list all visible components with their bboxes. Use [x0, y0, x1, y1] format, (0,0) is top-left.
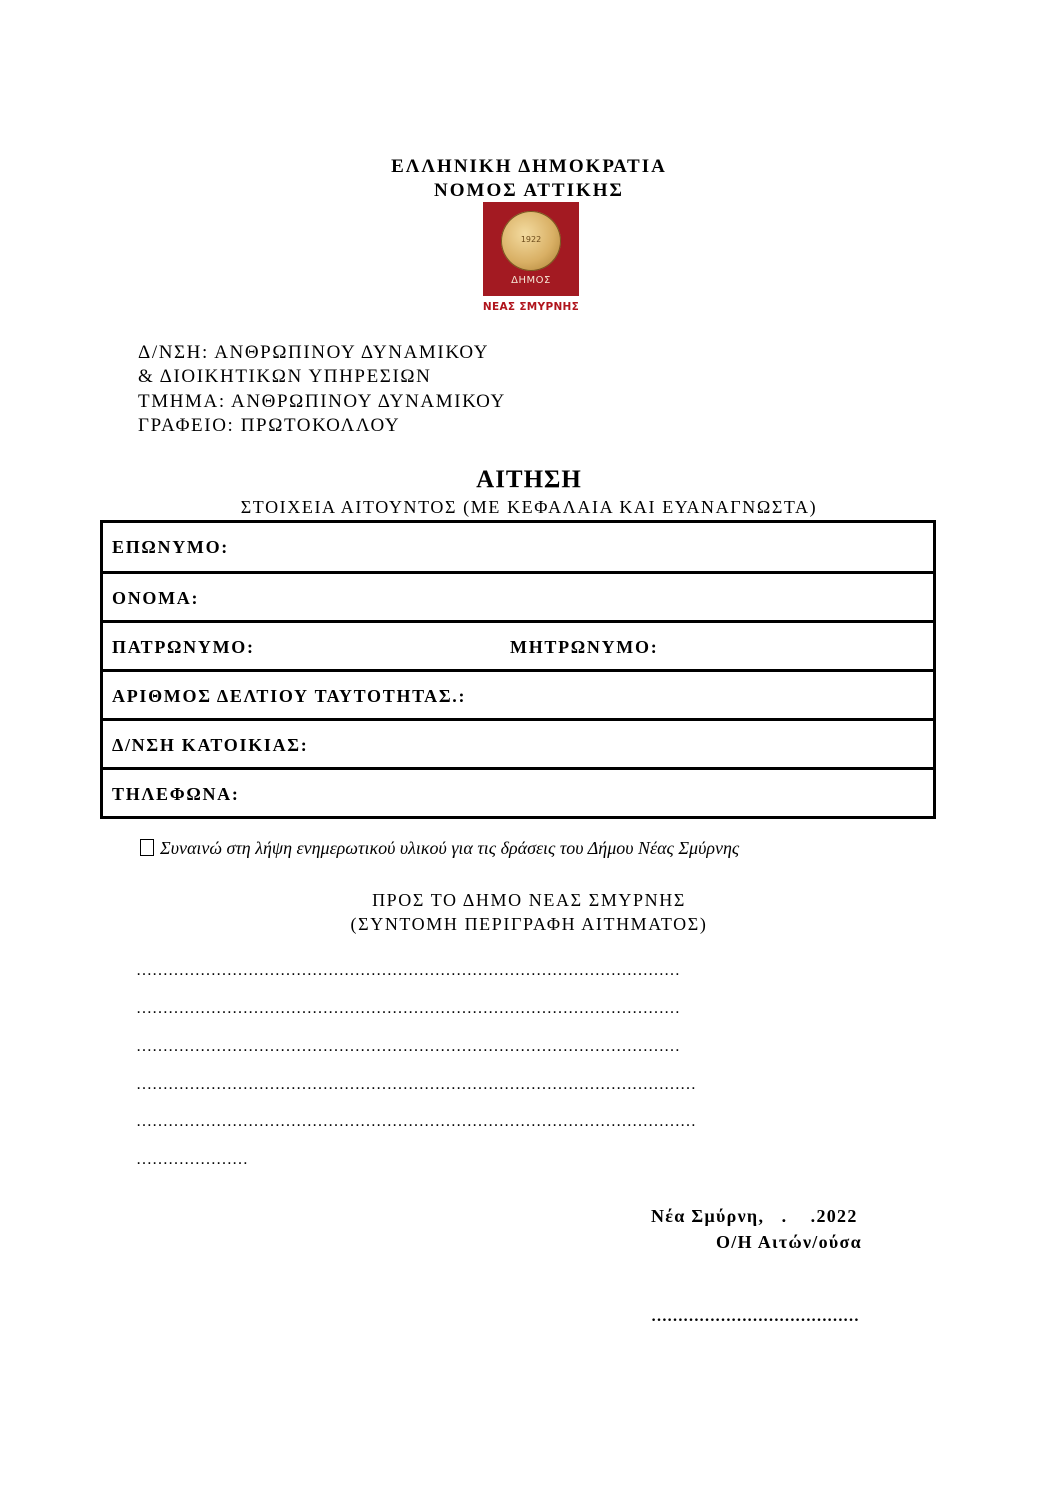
applicant-label: Ο/Η Αιτών/ούσα: [716, 1232, 862, 1253]
applicant-details-table: ΕΠΩΝΥΜΟ: ΟΝΟΜΑ: ΠΑΤΡΩΝΥΜΟ: ΜΗΤΡΩΝΥΜΟ: ΑΡ…: [100, 520, 936, 819]
description-heading: (ΣΥΝΤΟΜΗ ΠΕΡΙΓΡΑΦΗ ΑΙΤΗΜΑΤΟΣ): [0, 912, 1058, 936]
consent-checkbox[interactable]: [140, 839, 154, 856]
phones-label: ΤΗΛΕΦΩΝΑ:: [112, 784, 240, 805]
description-line-2[interactable]: …………………………………………………………………………………………: [136, 1000, 971, 1018]
surname-field[interactable]: ΕΠΩΝΥΜΟ:: [103, 523, 933, 571]
municipality-logo: 1922 ΔΗΜΟΣ: [483, 202, 579, 296]
recipient-line: ΠΡΟΣ ΤΟ ΔΗΜΟ ΝΕΑΣ ΣΜΥΡΝΗΣ: [0, 888, 1058, 912]
surname-label: ΕΠΩΝΥΜΟ:: [112, 537, 229, 558]
department-value: ΑΝΘΡΩΠΙΝΟΥ ΔΥΝΑΜΙΚΟΥ: [214, 342, 489, 363]
address-field[interactable]: Δ/ΝΣΗ ΚΑΤΟΙΚΙΑΣ:: [103, 718, 933, 767]
father-name-label: ΠΑΤΡΩΝΥΜΟ:: [112, 637, 255, 658]
department-label: Δ/ΝΣΗ:: [138, 342, 214, 363]
logo-municipality-name: ΝΕΑΣ ΣΜΥΡΝΗΣ: [478, 301, 584, 313]
id-number-label: ΑΡΙΘΜΟΣ ΔΕΛΤΙΟΥ ΤΑΥΤΟΤΗΤΑΣ.:: [112, 686, 466, 707]
place-date: Νέα Σμύρνη, . .2022: [651, 1206, 858, 1227]
form-title: ΑΙΤΗΣΗ: [0, 466, 1058, 494]
name-field[interactable]: ΟΝΟΜΑ:: [103, 571, 933, 620]
consent-text: Συναινώ στη λήψη ενημερωτικού υλικού για…: [160, 838, 739, 858]
signature-line[interactable]: …………………………………: [651, 1308, 966, 1326]
description-line-6[interactable]: …………………: [136, 1151, 281, 1169]
description-line-5[interactable]: ……………………………………………………………………………………………: [136, 1113, 979, 1131]
mother-name-label: ΜΗΤΡΩΝΥΜΟ:: [510, 637, 658, 658]
description-line-3[interactable]: …………………………………………………………………………………………: [136, 1038, 971, 1056]
prefecture-header: ΝΟΜΟΣ ΑΤΤΙΚΗΣ: [0, 180, 1058, 202]
department-line-1: Δ/ΝΣΗ: ΑΝΘΡΩΠΙΝΟΥ ΔΥΝΑΜΙΚΟΥ: [138, 341, 489, 366]
logo-dimos-text: ΔΗΜΟΣ: [483, 275, 579, 286]
id-number-field[interactable]: ΑΡΙΘΜΟΣ ΔΕΛΤΙΟΥ ΤΑΥΤΟΤΗΤΑΣ.:: [103, 669, 933, 718]
department-line-2: & ΔΙΟΙΚΗΤΙΚΩΝ ΥΠΗΡΕΣΙΩΝ: [138, 365, 431, 390]
parents-names-row[interactable]: ΠΑΤΡΩΝΥΜΟ: ΜΗΤΡΩΝΥΜΟ:: [103, 620, 933, 669]
description-line-1[interactable]: …………………………………………………………………………………………: [136, 962, 971, 980]
address-label: Δ/ΝΣΗ ΚΑΤΟΙΚΙΑΣ:: [112, 735, 308, 756]
medal-emblem-icon: 1922: [501, 211, 561, 271]
form-subtitle: ΣΤΟΙΧΕΙΑ ΑΙΤΟΥΝΤΟΣ (ΜΕ ΚΕΦΑΛΑΙΑ ΚΑΙ ΕΥΑΝ…: [0, 497, 1058, 518]
phones-field[interactable]: ΤΗΛΕΦΩΝΑ:: [103, 767, 933, 816]
section-line: ΤΜΗΜΑ: ΑΝΘΡΩΠΙΝΟΥ ΔΥΝΑΜΙΚΟΥ: [138, 390, 506, 415]
consent-line: Συναινώ στη λήψη ενημερωτικού υλικού για…: [140, 838, 739, 859]
office-line: ΓΡΑΦΕΙΟ: ΠΡΩΤΟΚΟΛΛΟΥ: [138, 414, 400, 439]
name-label: ΟΝΟΜΑ:: [112, 588, 199, 609]
description-line-4[interactable]: ……………………………………………………………………………………………: [136, 1076, 979, 1094]
logo-year: 1922: [501, 235, 561, 244]
country-header: ΕΛΛΗΝΙΚΗ ΔΗΜΟΚΡΑΤΙΑ: [0, 156, 1058, 178]
